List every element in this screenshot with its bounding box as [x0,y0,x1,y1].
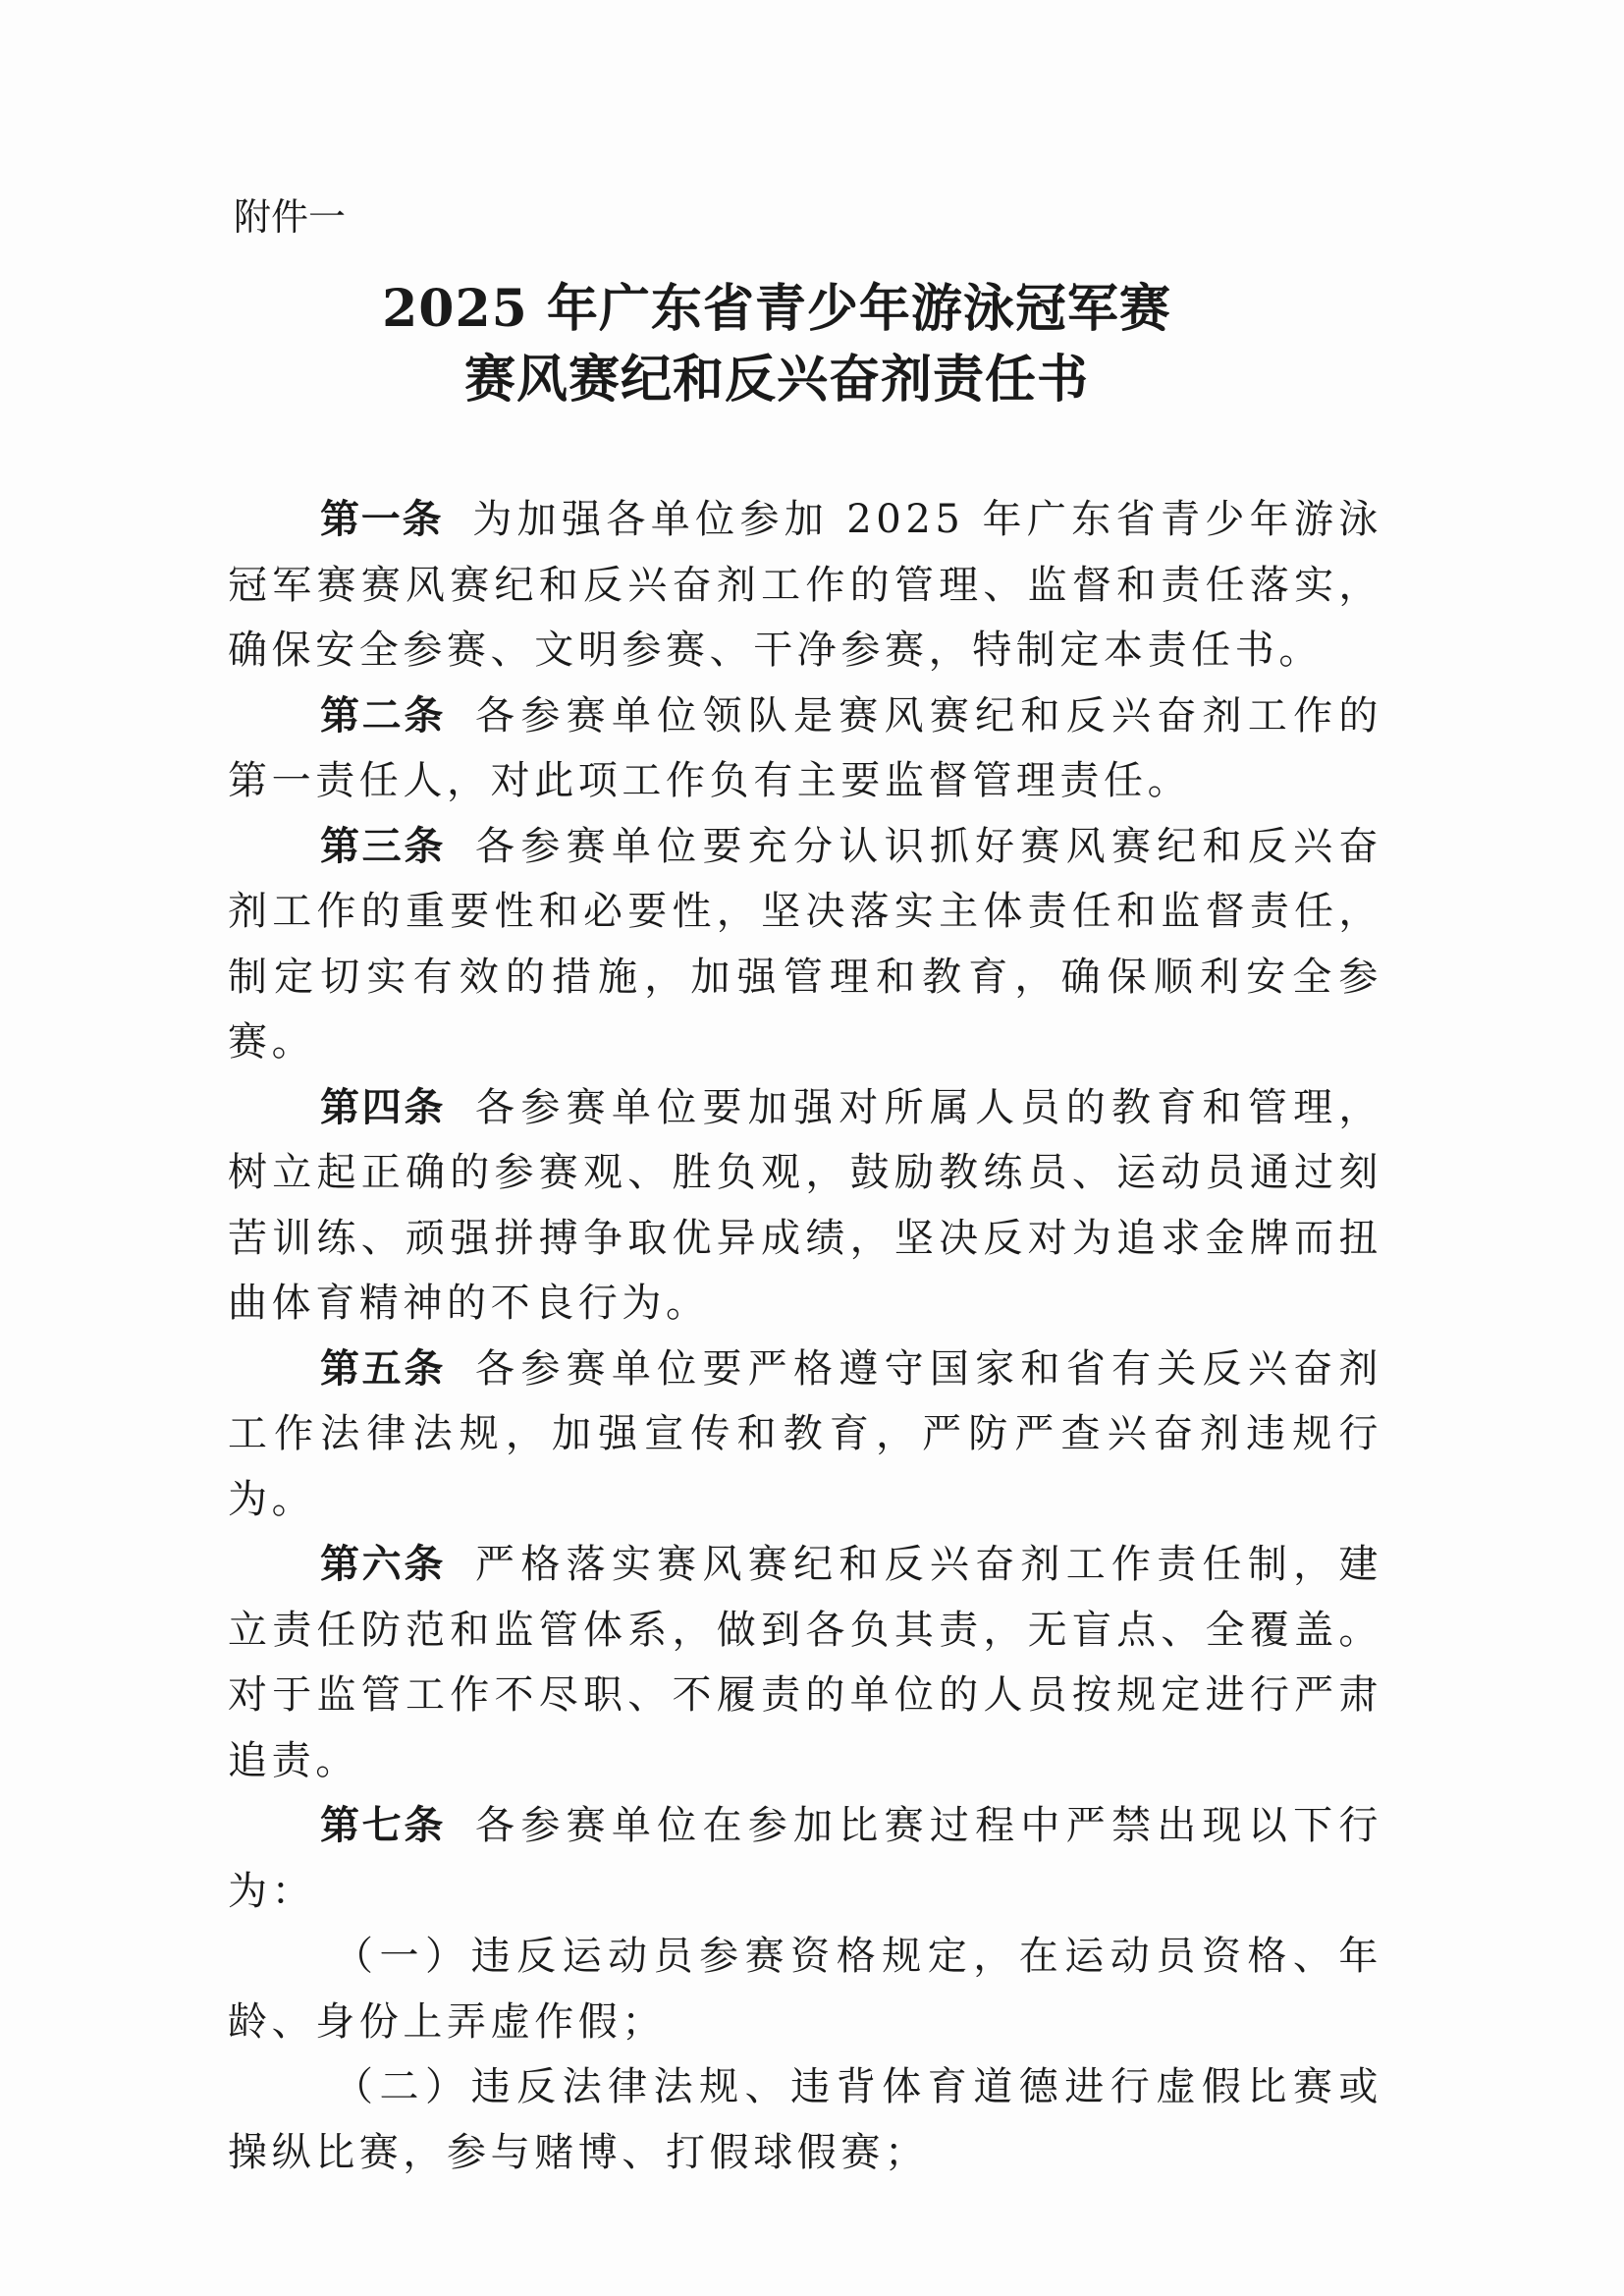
article-2: 第二条各参赛单位领队是赛风赛纪和反兴奋剂工作的第一责任人，对此项工作负有主要监督… [228,683,1382,814]
article-label: 第七条 [320,1803,446,1848]
document-page: 附件一 2025 年广东省青少年游泳冠军赛 赛风赛纪和反兴奋剂责任书 第一条为加… [0,0,1624,2296]
attachment-label: 附件一 [234,187,346,241]
document-title-line2: 赛风赛纪和反兴奋剂责任书 [0,338,1589,411]
article-3: 第三条各参赛单位要充分认识抓好赛风赛纪和反兴奋剂工作的重要性和必要性，坚决落实主… [228,814,1382,1075]
list-item-1: （一）违反运动员参赛资格规定，在运动员资格、年龄、身份上弄虚作假； [228,1924,1382,2054]
article-label: 第三条 [320,824,446,869]
item-label: （一） [334,1934,471,1979]
document-body: 第一条为加强各单位参加 2025 年广东省青少年游泳冠军赛赛风赛纪和反兴奋剂工作… [228,487,1382,2185]
article-7: 第七条各参赛单位在参加比赛过程中严禁出现以下行为： [228,1793,1382,1924]
article-5: 第五条各参赛单位要严格遵守国家和省有关反兴奋剂工作法律法规，加强宣传和教育，严防… [228,1337,1382,1533]
article-label: 第二条 [320,693,446,738]
article-label: 第一条 [320,497,443,542]
document-title-line1: 2025 年广东省青少年游泳冠军赛 [0,267,1589,341]
article-6: 第六条严格落实赛风赛纪和反兴奋剂工作责任制，建立责任防范和监管体系，做到各负其责… [228,1532,1382,1793]
article-label: 第五条 [320,1346,446,1392]
article-label: 第四条 [320,1085,446,1130]
item-label: （二） [334,2064,471,2109]
list-item-2: （二）违反法律法规、违背体育道德进行虚假比赛或操纵比赛，参与赌博、打假球假赛； [228,2054,1382,2185]
article-label: 第六条 [320,1542,446,1587]
article-4: 第四条各参赛单位要加强对所属人员的教育和管理，树立起正确的参赛观、胜负观，鼓励教… [228,1075,1382,1337]
article-1: 第一条为加强各单位参加 2025 年广东省青少年游泳冠军赛赛风赛纪和反兴奋剂工作… [228,487,1382,683]
